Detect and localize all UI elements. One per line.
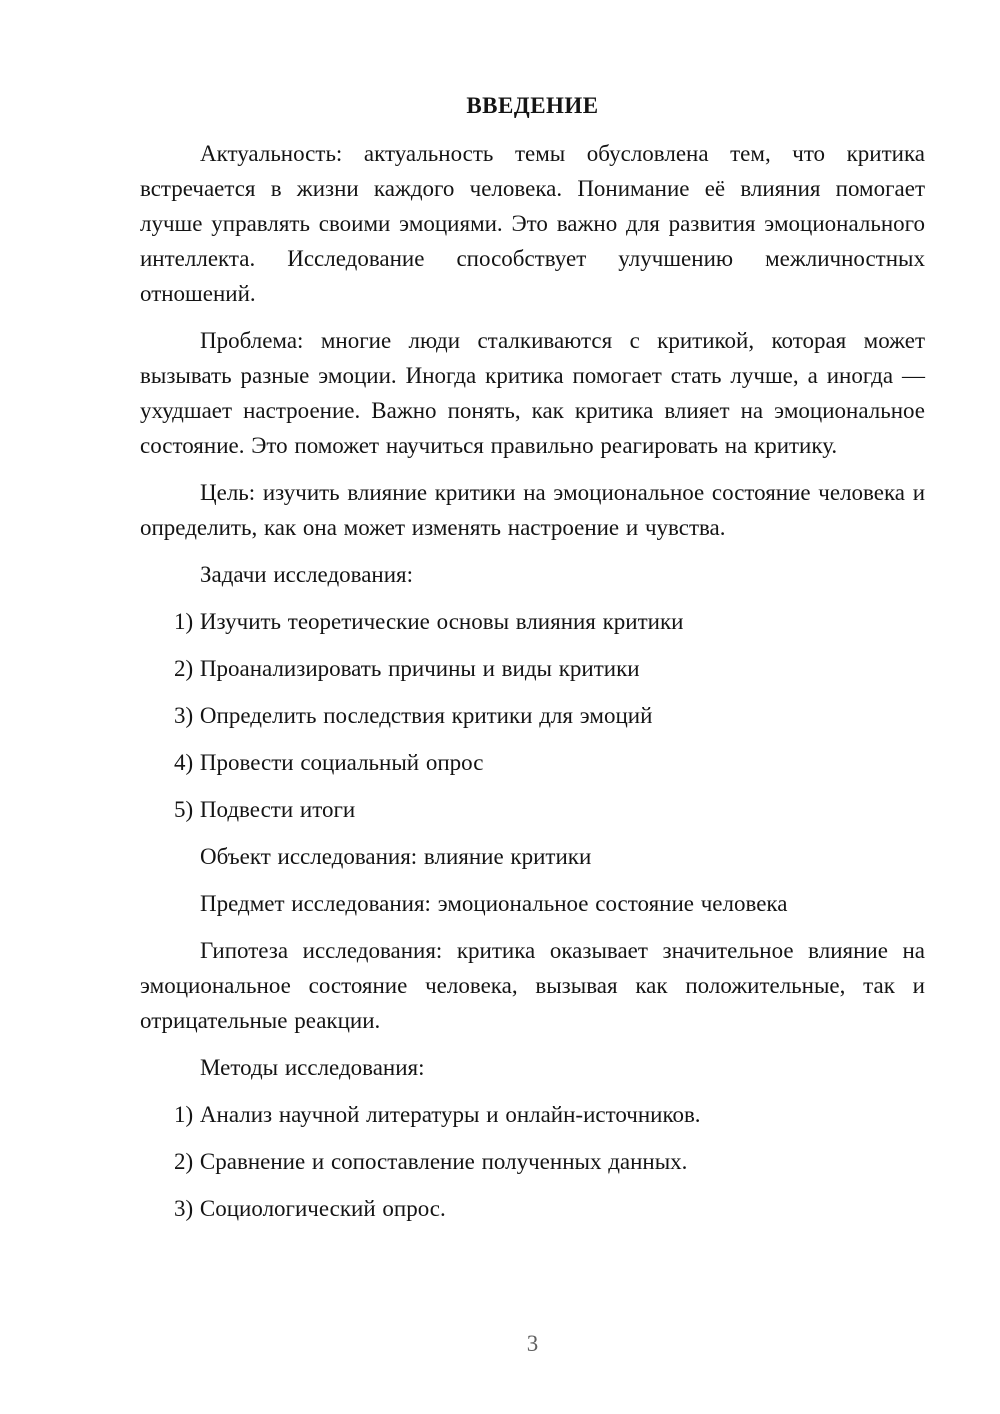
paragraph-relevance: Актуальность: актуальность темы обусловл…: [140, 136, 925, 311]
method-item-2: 2) Сравнение и сопоставление полученных …: [174, 1144, 925, 1179]
paragraph-goal: Цель: изучить влияние критики на эмоцион…: [140, 475, 925, 545]
task-item-1: 1) Изучить теоретические основы влияния …: [174, 604, 925, 639]
method-item-3: 3) Социологический опрос.: [174, 1191, 925, 1226]
document-content: ВВЕДЕНИЕ Актуальность: актуальность темы…: [140, 88, 925, 1238]
methods-heading: Методы исследования:: [140, 1050, 925, 1085]
paragraph-object: Объект исследования: влияние критики: [140, 839, 925, 874]
task-item-3: 3) Определить последствия критики для эм…: [174, 698, 925, 733]
task-item-4: 4) Провести социальный опрос: [174, 745, 925, 780]
paragraph-hypothesis: Гипотеза исследования: критика оказывает…: [140, 933, 925, 1038]
tasks-heading: Задачи исследования:: [140, 557, 925, 592]
task-item-2: 2) Проанализировать причины и виды крити…: [174, 651, 925, 686]
document-page: ВВЕДЕНИЕ Актуальность: актуальность темы…: [0, 0, 1000, 1414]
document-title: ВВЕДЕНИЕ: [140, 88, 925, 123]
page-number: 3: [140, 1326, 925, 1361]
paragraph-problem: Проблема: многие люди сталкиваются с кри…: [140, 323, 925, 463]
paragraph-subject: Предмет исследования: эмоциональное сост…: [140, 886, 925, 921]
task-item-5: 5) Подвести итоги: [174, 792, 925, 827]
method-item-1: 1) Анализ научной литературы и онлайн-ис…: [174, 1097, 925, 1132]
